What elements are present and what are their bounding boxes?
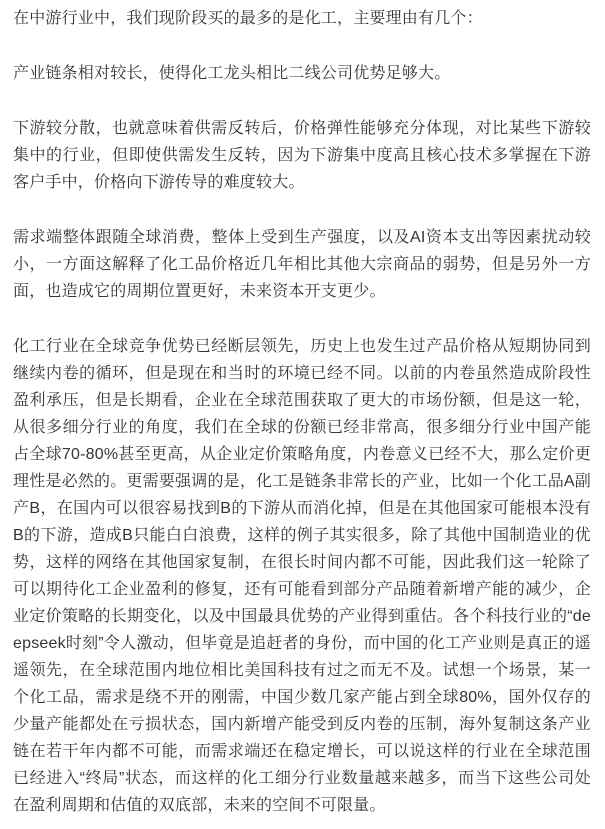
paragraph: 需求端整体跟随全球消费，整体上受到生产强度，以及AI资本支出等因素扰动较小，一方… bbox=[13, 224, 591, 305]
article-body: 在中游行业中，我们现阶段买的最多的是化工，主要理由有几个： 产业链条相对较长，使… bbox=[0, 0, 605, 819]
paragraph: 产业链条相对较长，使得化工龙头相比二线公司优势足够大。 bbox=[13, 60, 591, 87]
paragraph: 下游较分散，也就意味着供需反转后，价格弹性能够充分体现，对比某些下游较集中的行业… bbox=[13, 115, 591, 196]
paragraph: 在中游行业中，我们现阶段买的最多的是化工，主要理由有几个： bbox=[13, 5, 591, 32]
paragraph: 化工行业在全球竞争优势已经断层领先，历史上也发生过产品价格从短期协同到继续内卷的… bbox=[13, 333, 591, 819]
